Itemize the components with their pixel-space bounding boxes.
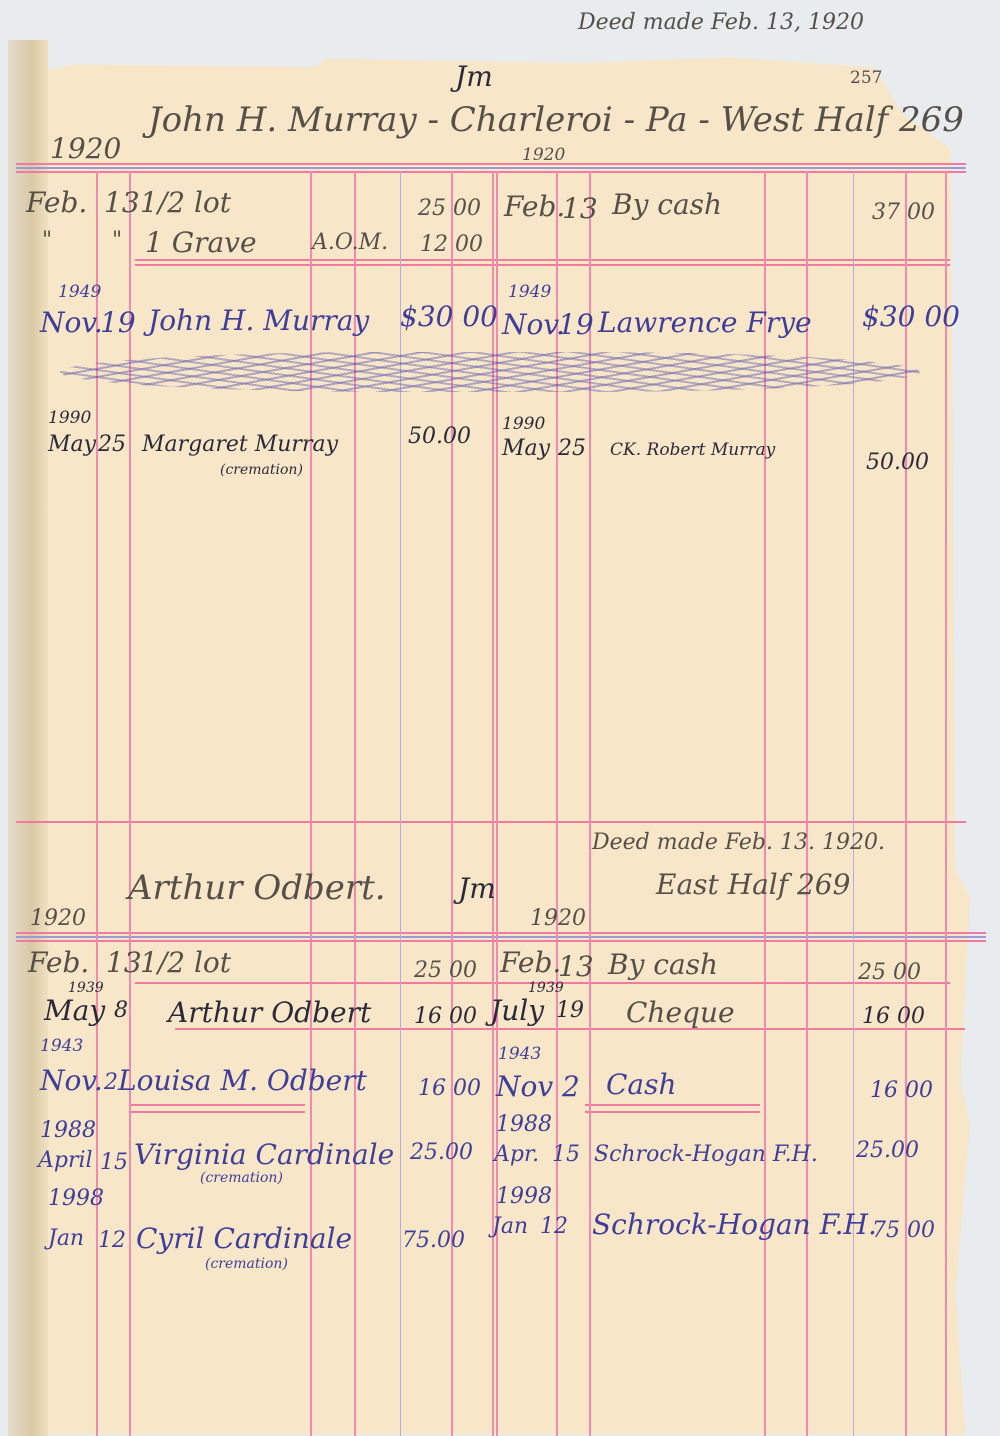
- credit-day: 19: [556, 998, 584, 1023]
- debit-amount: $30 00: [400, 300, 498, 333]
- rule-sub-2e: [585, 1104, 760, 1106]
- credit-month: Feb.: [500, 946, 561, 979]
- debit-day: 8: [114, 998, 128, 1023]
- credit-month: July: [490, 994, 544, 1027]
- credit-month: Jan: [492, 1214, 528, 1239]
- credit-desc: Schrock-Hogan F.H.: [592, 1208, 877, 1241]
- debit-day: 12: [98, 1228, 126, 1253]
- credit-month: Feb.: [504, 190, 565, 223]
- debit-month: Jan: [48, 1226, 84, 1251]
- rule-separator: [16, 821, 966, 823]
- deed-note-1: Deed made Feb. 13, 1920: [578, 10, 864, 35]
- initials-1: Jm: [455, 60, 493, 93]
- debit-month: May: [48, 432, 96, 457]
- col-rule: [905, 171, 907, 1436]
- credit-amount: 16 00: [870, 1078, 933, 1103]
- credit-desc: By cash: [612, 188, 722, 221]
- credit-month: Nov: [496, 1070, 553, 1103]
- rule-header-2-blue: [16, 936, 986, 938]
- debit-note: (cremation): [200, 1170, 283, 1186]
- debit-year: 1943: [40, 1036, 83, 1056]
- credit-day: 25: [558, 436, 586, 461]
- credit-day: 13: [558, 950, 594, 983]
- credit-month: May: [502, 436, 550, 461]
- debit-day: ": [112, 228, 122, 253]
- debit-month: Nov.: [40, 1064, 103, 1097]
- col-rule: [945, 171, 947, 1436]
- rule-header-2b: [16, 940, 986, 942]
- debit-year: 1988: [40, 1118, 96, 1143]
- debit-year: 1990: [48, 408, 91, 428]
- credit-day: 15: [552, 1142, 580, 1167]
- rule-sub-2f: [585, 1111, 760, 1113]
- debit-desc: Arthur Odbert: [168, 996, 371, 1029]
- rule-header-1: [16, 163, 966, 165]
- credit-desc: Lawrence Frye: [598, 306, 812, 339]
- credit-year: 1949: [508, 282, 551, 302]
- debit-amount: 25 00: [418, 196, 481, 221]
- rule-header-1b: [16, 171, 966, 173]
- debit-desc: Louisa M. Odbert: [118, 1064, 367, 1097]
- credit-desc: CK. Robert Murray: [610, 440, 775, 460]
- debit-day: 2: [104, 1070, 118, 1095]
- initials-2: Jm: [458, 872, 496, 905]
- debit-month: April: [38, 1148, 93, 1173]
- credit-year: 1988: [496, 1112, 552, 1137]
- scribbled-out-entry: [60, 352, 920, 392]
- credit-desc: By cash: [608, 948, 718, 981]
- credit-day: 13: [562, 192, 598, 225]
- credit-amount: 16 00: [862, 1004, 925, 1029]
- debit-year: 1998: [48, 1186, 104, 1211]
- credit-amount: 50.00: [866, 450, 929, 475]
- debit-amount: 75.00: [402, 1228, 465, 1253]
- debit-note: A.O.M.: [312, 230, 388, 255]
- debit-desc: Virginia Cardinale: [134, 1138, 394, 1171]
- rule-header-2: [16, 932, 986, 934]
- entry2-lot: East Half 269: [656, 868, 850, 901]
- credit-amount: 25 00: [858, 960, 921, 985]
- credit-desc: Cash: [606, 1068, 677, 1101]
- debit-amount: 12 00: [420, 232, 483, 257]
- debit-desc: 1/2 lot: [140, 946, 231, 979]
- rule-sub-1b: [135, 264, 950, 266]
- entry2-year-left: 1920: [30, 906, 86, 931]
- credit-amount: 37 00: [872, 200, 935, 225]
- rule-sub-1: [135, 259, 950, 261]
- credit-year: 1998: [496, 1184, 552, 1209]
- debit-day: 25: [98, 432, 126, 457]
- credit-desc: Schrock-Hogan F.H.: [594, 1142, 818, 1167]
- debit-month: Feb.: [26, 186, 87, 219]
- deed-note-2: Deed made Feb. 13. 1920.: [592, 830, 885, 855]
- entry1-year-left: 1920: [50, 132, 121, 165]
- debit-desc: Cyril Cardinale: [136, 1222, 352, 1255]
- debit-desc: 1 Grave: [145, 226, 257, 259]
- debit-amount: 25 00: [414, 958, 477, 983]
- debit-month: May: [44, 994, 105, 1027]
- credit-amount: 75 00: [872, 1218, 935, 1243]
- debit-day: 19: [100, 306, 136, 339]
- page-number: 257: [850, 68, 882, 88]
- credit-month: Apr.: [494, 1142, 539, 1167]
- debit-year: 1949: [58, 282, 101, 302]
- credit-amount: 25.00: [856, 1138, 919, 1163]
- debit-desc: Margaret Murray: [142, 432, 338, 457]
- rule-sub-2c: [130, 1104, 305, 1106]
- credit-day: 12: [540, 1214, 568, 1239]
- debit-day: 13: [104, 186, 140, 219]
- debit-month: ": [42, 228, 52, 253]
- entry2-name: Arthur Odbert.: [128, 868, 386, 908]
- debit-note: (cremation): [205, 1256, 288, 1272]
- credit-year: 1943: [498, 1044, 541, 1064]
- debit-amount: 16 00: [414, 1004, 477, 1029]
- debit-month: Feb.: [28, 946, 89, 979]
- debit-desc: John H. Murray: [148, 304, 369, 337]
- credit-year: 1990: [502, 414, 545, 434]
- debit-amount: 16 00: [418, 1076, 481, 1101]
- entry2-year-right: 1920: [530, 906, 586, 931]
- debit-note: (cremation): [220, 462, 303, 478]
- debit-amount: 25.00: [410, 1140, 473, 1165]
- credit-day: 2: [562, 1070, 580, 1103]
- credit-month: Nov.: [502, 308, 565, 341]
- debit-day: 13: [106, 946, 142, 979]
- rule-sub-2d: [130, 1111, 305, 1113]
- credit-day: 19: [558, 308, 594, 341]
- entry1-year-right: 1920: [522, 145, 565, 165]
- debit-day: 15: [100, 1150, 128, 1175]
- rule-header-1-blue: [16, 167, 966, 169]
- debit-month: Nov.: [40, 306, 103, 339]
- debit-desc: 1/2 lot: [140, 186, 231, 219]
- debit-amount: 50.00: [408, 424, 471, 449]
- entry1-header: John H. Murray - Charleroi - Pa - West H…: [148, 100, 964, 140]
- credit-amount: $30 00: [862, 300, 960, 333]
- credit-desc: Cheque: [626, 996, 735, 1029]
